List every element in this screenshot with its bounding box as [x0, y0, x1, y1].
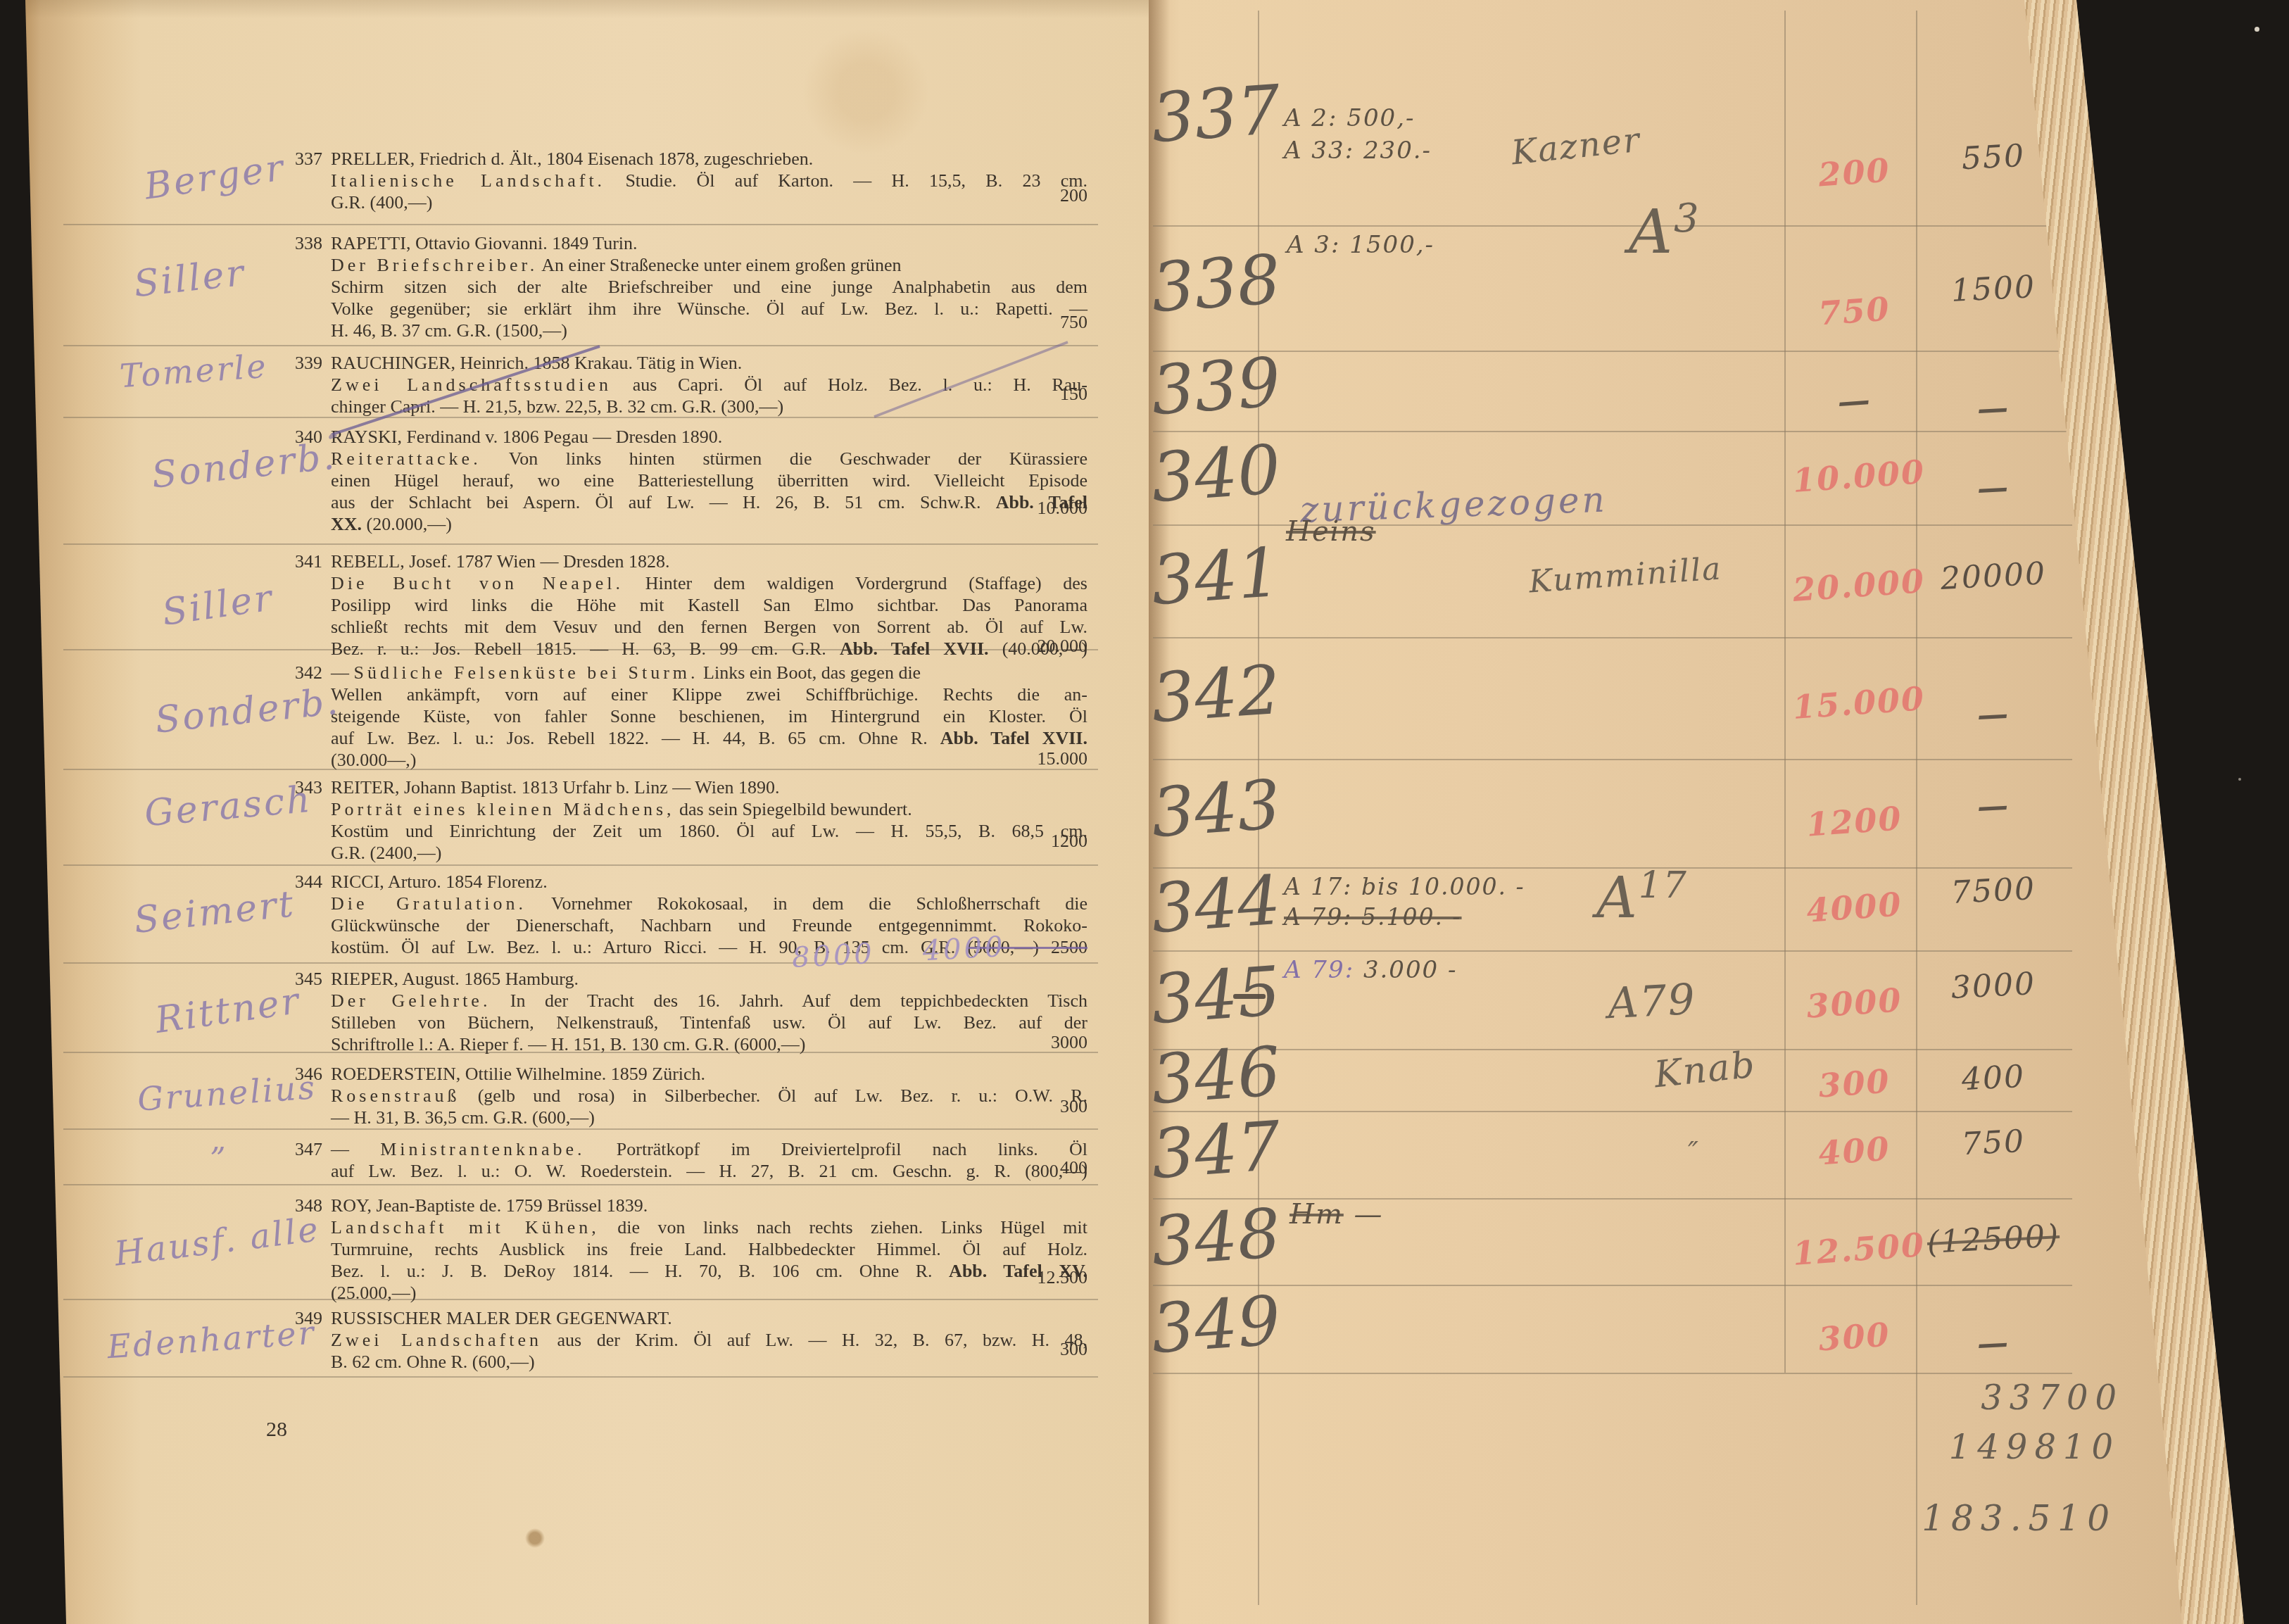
entry-line: chinger Capri. — H. 21,5, bzw. 22,5, B. …: [331, 396, 1087, 417]
entry-result: 1200: [1051, 830, 1087, 852]
grid-line: [1153, 1049, 2072, 1050]
text-segment: Hinter dem waldigen Vordergrund (Staffag…: [624, 573, 1087, 593]
text-segment: ROEDERSTEIN, Ottilie Wilhelmine. 1859 Zü…: [331, 1064, 705, 1084]
rule-line: [63, 864, 1098, 866]
catalog-entry: 337PRELLER, Friedrich d. Ält., 1804 Eise…: [331, 148, 1087, 213]
lot-number: 342: [1149, 652, 1263, 737]
lot-number: 337: [1149, 72, 1263, 157]
entry-number: 341: [266, 550, 322, 572]
text-segment: RIEPER, August. 1865 Hamburg.: [331, 969, 579, 989]
entry-line: Zwei Landschaften aus der Krim. Öl auf L…: [331, 1329, 1087, 1351]
text-segment: (gelb und rosa) in Silberbecher. Öl auf …: [460, 1085, 1087, 1106]
text-segment: Südliche Felsenküste bei Sturm.: [354, 662, 699, 683]
note-segment: A 17: bis 10.000. -: [1284, 873, 1525, 900]
margin-annotation: Tomerle: [118, 347, 269, 396]
entry-line: REBELL, Josef. 1787 Wien — Dresden 1828.: [331, 550, 1087, 572]
entry-number: 340: [266, 426, 322, 448]
text-segment: Die Gratulation.: [331, 893, 526, 914]
text-segment: Bez. l. u.: J. B. DeRoy 1814. — H. 70, B…: [331, 1261, 949, 1281]
text-segment: Porträt eines kleinen Mädchens,: [331, 799, 675, 819]
entry-line: Der Gelehrte. In der Tracht des 16. Jahr…: [331, 990, 1087, 1012]
text-segment: B. 62 cm. Ohne R. (600,—): [331, 1352, 535, 1372]
final-price: 3000: [1905, 963, 2082, 1008]
hammer-price-red: 10.000: [1791, 453, 1917, 500]
lot-number: 347: [1149, 1109, 1263, 1194]
entry-line: auf Lw. Bez. l. u.: O. W. Roederstein. —…: [331, 1160, 1087, 1182]
text-segment: chinger Capri. — H. 21,5, bzw. 22,5, B. …: [331, 396, 783, 417]
dash-mark: [1233, 994, 1266, 999]
entry-line: Die Bucht von Neapel. Hinter dem waldige…: [331, 572, 1087, 594]
entry-line: Italienische Landschaft. Studie. Öl auf …: [331, 170, 1087, 191]
text-segment: kostüm. Öl auf Lw. Bez. l. u.: Arturo Ri…: [331, 937, 967, 957]
entry-line: RAPETTI, Ottavio Giovanni. 1849 Turin.: [331, 232, 1087, 254]
entry-line: Der Briefschreiber. An einer Straßenecke…: [331, 254, 1087, 276]
entry-number: 342: [266, 662, 322, 684]
note-line: A 17: bis 10.000. -: [1284, 873, 1525, 900]
entry-line: Bez. r. u.: Jos. Rebell 1815. — H. 63, B…: [331, 638, 1087, 660]
grid-line: [1153, 1111, 2072, 1112]
strike-mark: [21, 0, 1149, 1624]
entry-number: 348: [266, 1195, 322, 1216]
margin-annotation: ”: [210, 1142, 228, 1178]
rule-line: [63, 1128, 1098, 1130]
text-segment: aus Capri. Öl auf Holz. Bez. l. u.: H. R…: [612, 374, 1087, 395]
entry-line: B. 62 cm. Ohne R. (600,—): [331, 1351, 1087, 1373]
final-price: —: [1905, 692, 2082, 737]
entry-line: RAUCHINGER, Heinrich. 1858 Krakau. Tätig…: [331, 352, 1087, 374]
entry-line: G.R. (400,—): [331, 191, 1087, 213]
text-segment: Landschaft mit Kühen,: [331, 1217, 600, 1238]
entry-number: 338: [266, 232, 322, 254]
entry-line: ROY, Jean-Baptiste de. 1759 Brüssel 1839…: [331, 1195, 1087, 1216]
text-segment: steigende Küste, von fahler Sonne beschi…: [331, 706, 1087, 726]
catalog-entry: 348ROY, Jean-Baptiste de. 1759 Brüssel 1…: [331, 1195, 1087, 1304]
hammer-price-red: —: [1791, 377, 1917, 424]
text-segment: schließt rechts mit dem Vesuv und den fe…: [331, 617, 1087, 637]
entry-line: Glückwünsche der Dienerschaft, Nachbarn …: [331, 914, 1087, 936]
note-segment: A 3: 1500,-: [1287, 231, 1434, 259]
entry-result: 300: [1060, 1095, 1087, 1117]
text-segment: RAPETTI, Ottavio Giovanni. 1849 Turin.: [331, 233, 638, 253]
entry-number: 347: [266, 1138, 322, 1160]
entry-line: Porträt eines kleinen Mädchens, das sein…: [331, 798, 1087, 820]
text-segment: Italienische Landschaft.: [331, 170, 605, 191]
text-segment: Der Briefschreiber.: [331, 255, 538, 275]
catalog-entry: 343REITER, Johann Baptist. 1813 Urfahr b…: [331, 776, 1087, 864]
entry-result: 3000: [1051, 1031, 1087, 1053]
buyer-name: A3: [1629, 196, 1701, 267]
entry-line: — Südliche Felsenküste bei Sturm. Links …: [331, 662, 1087, 684]
grid-line: [1784, 11, 1786, 1373]
entry-line: Reiterattacke. Von links hinten stürmen …: [331, 448, 1087, 470]
note-line: A 33: 230.-: [1284, 137, 1432, 165]
buyer-name: Knab: [1652, 1044, 1758, 1097]
text-segment: auf Lw. Bez. l. u.: Jos. Rebell 1822. — …: [331, 728, 940, 748]
note-segment: A 79: 5.100. -: [1284, 903, 1462, 931]
final-price: —: [1905, 386, 2082, 431]
struck-price: (12500): [1927, 1218, 2061, 1261]
grid-line: [1153, 759, 2072, 760]
entry-number: 345: [266, 968, 322, 990]
margin-annotation: Rittner: [153, 980, 303, 1042]
text-segment: Schirm sitzen sich der alte Briefschreib…: [331, 277, 1087, 297]
entry-line: Schirm sitzen sich der alte Briefschreib…: [331, 276, 1087, 298]
catalog-entry: 342— Südliche Felsenküste bei Sturm. Lin…: [331, 662, 1087, 771]
lot-number: 349: [1149, 1283, 1263, 1368]
buyer-name: ″: [1688, 1136, 1700, 1169]
entry-line: Landschaft mit Kühen, die von links nach…: [331, 1216, 1087, 1238]
note-line: A 3: 1500,-: [1287, 231, 1434, 259]
text-segment: Abb. Tafel XVII.: [940, 728, 1087, 748]
margin-annotation: Sonderb.: [153, 680, 342, 741]
book-scan: 337PRELLER, Friedrich d. Ält., 1804 Eise…: [0, 0, 2289, 1624]
text-segment: Studie. Öl auf Karton. — H. 15,5, B. 23 …: [605, 170, 1087, 191]
lot-number: 339: [1149, 345, 1263, 430]
text-segment: Abb. Tafel XVII.: [840, 638, 989, 659]
catalog-entry: 347— Ministrantenknabe. Porträtkopf im D…: [331, 1138, 1087, 1182]
lot-number: 343: [1149, 767, 1263, 852]
text-segment: RICCI, Arturo. 1854 Florenz.: [331, 871, 548, 892]
grid-line: [1153, 351, 2072, 352]
lot-number: 346: [1149, 1034, 1263, 1119]
entry-line: schließt rechts mit dem Vesuv und den fe…: [331, 616, 1087, 638]
buyer-name: Kumminilla: [1528, 550, 1723, 600]
entry-number: 343: [266, 776, 322, 798]
text-segment: RAUCHINGER, Heinrich. 1858 Krakau. Tätig…: [331, 353, 742, 373]
rule-line: [63, 1376, 1098, 1378]
note-line: A 79: 3.000 -: [1284, 956, 1458, 984]
grid-line: [1153, 1373, 2072, 1374]
buyer-name-base: A: [1596, 865, 1639, 931]
entry-line: Schriftrolle l.: A. Rieper f. — H. 151, …: [331, 1033, 1087, 1055]
note-segment: A 33: 230.-: [1284, 137, 1432, 165]
text-segment: Abb. Tafel: [996, 492, 1087, 512]
buyer-name-sup: 3: [1674, 196, 1701, 241]
entry-result: 300: [1060, 1338, 1087, 1360]
text-segment: REBELL, Josef. 1787 Wien — Dresden 1828.: [331, 551, 670, 572]
text-segment: einen Hügel herauf, wo eine Batteriestel…: [331, 470, 1087, 491]
entry-number: 346: [266, 1063, 322, 1085]
text-segment: Posilipp wird links die Höhe mit Kastell…: [331, 595, 1087, 615]
text-segment: Vornehmer Rokokosaal, in dem die Schloßh…: [526, 893, 1087, 914]
entry-line: Turmruine, rechts Ausblick ins freie Lan…: [331, 1238, 1087, 1260]
entry-line: G.R. (2400,—): [331, 842, 1087, 864]
text-segment: Porträtkopf im Dreiviertelprofil nach li…: [586, 1139, 1087, 1159]
buyer-name: A17: [1596, 864, 1688, 931]
dust-speck: [2255, 27, 2259, 32]
grid-line: [1153, 225, 2072, 227]
entry-result: 20.000: [1038, 635, 1088, 657]
text-segment: G.R. (400,—): [331, 192, 432, 213]
rule-line: [63, 1184, 1098, 1185]
sum-line: 33700: [1884, 1378, 2124, 1418]
text-segment: Schriftrolle l.: A. Rieper f. — H. 151, …: [331, 1034, 805, 1055]
text-segment: XX.: [331, 514, 362, 534]
text-segment: In der Tracht des 16. Jahrh. Auf dem tep…: [491, 990, 1087, 1011]
entry-line: Kostüm und Einrichtung der Zeit um 1860.…: [331, 820, 1087, 842]
entry-line: PRELLER, Friedrich d. Ält., 1804 Eisenac…: [331, 148, 1087, 170]
entry-result: 12.500: [1038, 1266, 1088, 1288]
text-segment: An einer Straßenecke unter einem großen …: [538, 255, 901, 275]
text-segment: (30.000—,): [331, 750, 416, 770]
entry-line: Zwei Landschaftsstudien aus Capri. Öl au…: [331, 374, 1087, 396]
catalog-entry: 346ROEDERSTEIN, Ottilie Wilhelmine. 1859…: [331, 1063, 1087, 1128]
entry-line: kostüm. Öl auf Lw. Bez. l. u.: Arturo Ri…: [331, 936, 1087, 958]
entry-line: Bez. l. u.: J. B. DeRoy 1814. — H. 70, B…: [331, 1260, 1087, 1282]
entry-line: auf Lw. Bez. l. u.: Jos. Rebell 1822. — …: [331, 727, 1087, 749]
text-segment: Der Gelehrte.: [331, 990, 491, 1011]
text-segment: —: [331, 662, 354, 683]
grid-line: [1153, 950, 2072, 952]
buyer-name-base: A: [1629, 197, 1674, 267]
rule-line: [63, 345, 1098, 346]
entry-result: 750: [1060, 311, 1087, 333]
note-segment: Heins: [1286, 515, 1376, 548]
note-line: Heins: [1286, 515, 1376, 548]
margin-annotation: Edenharter: [106, 1314, 317, 1366]
buyer-name: A79: [1606, 975, 1697, 1028]
rule-line: [63, 962, 1098, 964]
text-segment: Links ein Boot, das gegen die: [699, 662, 921, 683]
sum-line: 149810: [1881, 1428, 2120, 1467]
margin-annotation: Siller: [160, 577, 277, 634]
entry-result: 200: [1060, 184, 1087, 206]
text-segment: Reiterattacke.: [331, 448, 481, 469]
text-segment: — H. 31, B. 36,5 cm. G.R. (600,—): [331, 1107, 595, 1128]
entry-line: XX. (20.000,—): [331, 513, 1087, 535]
entry-result: 10.000: [1038, 497, 1088, 519]
catalog-entry: 344RICCI, Arturo. 1854 Florenz.Die Gratu…: [331, 871, 1087, 958]
entry-line: aus der Schlacht bei Aspern. Öl auf Lw. …: [331, 491, 1087, 513]
final-price: (12500): [1905, 1216, 2082, 1261]
final-price: 7500: [1905, 868, 2082, 913]
text-segment: RAYSKI, Ferdinand v. 1806 Pegau — Dresde…: [331, 427, 722, 447]
margin-annotation: Hausf. alle: [113, 1209, 322, 1273]
entry-line: steigende Küste, von fahler Sonne beschi…: [331, 705, 1087, 727]
entry-line: — H. 31, B. 36,5 cm. G.R. (600,—): [331, 1107, 1087, 1128]
text-segment: Ministrantenknabe.: [380, 1139, 585, 1159]
entry-line: Die Gratulation. Vornehmer Rokokosaal, i…: [331, 893, 1087, 914]
hammer-price-red: 4000: [1791, 884, 1917, 931]
entry-line: Stilleben von Büchern, Nelkenstrauß, Tin…: [331, 1012, 1087, 1033]
rule-line: [63, 417, 1098, 418]
hammer-price-red: 1200: [1791, 798, 1917, 845]
text-segment: das sein Spiegelbild bewundert.: [675, 799, 912, 819]
margin-annotation: Grunelius: [136, 1068, 317, 1119]
margin-annotation: Gerasch: [143, 779, 314, 836]
text-segment: Turmruine, rechts Ausblick ins freie Lan…: [331, 1239, 1087, 1259]
text-segment: Abb. Tafel XV.: [949, 1261, 1087, 1281]
entry-number: 337: [266, 148, 322, 170]
entry-line: (25.000,—): [331, 1282, 1087, 1304]
entry-number: 349: [266, 1307, 322, 1329]
entry-line: — Ministrantenknabe. Porträtkopf im Drei…: [331, 1138, 1087, 1160]
entry-result: 15.000: [1038, 748, 1088, 769]
hammer-price-red: 300: [1791, 1314, 1917, 1360]
hammer-price-red: 12.500: [1791, 1226, 1917, 1273]
entry-line: (30.000—,): [331, 749, 1087, 771]
note-line: Hm —: [1289, 1198, 1384, 1230]
entry-number: 339: [266, 352, 322, 374]
text-segment: Bez. r. u.: Jos. Rebell 1815. — H. 63, B…: [331, 638, 840, 659]
lot-number: 341: [1149, 535, 1263, 620]
buyer-name-sup: 17: [1639, 864, 1688, 907]
text-segment: Wellen ankämpft, vorn auf einer Klippe z…: [331, 684, 1087, 705]
note-segment: 3.000 -: [1354, 956, 1457, 984]
text-segment: (20.000,—): [362, 514, 452, 534]
text-segment: Zwei Landschaften: [331, 1330, 542, 1350]
grid-line: [1153, 431, 2072, 432]
text-segment: Glückwünsche der Dienerschaft, Nachbarn …: [331, 915, 1087, 936]
catalog-entry: 339RAUCHINGER, Heinrich. 1858 Krakau. Tä…: [331, 352, 1087, 417]
final-price: —: [1905, 1321, 2082, 1366]
margin-annotation: Berger: [142, 146, 288, 208]
text-segment: (40.000,—): [989, 638, 1087, 659]
text-segment: (25.000,—): [331, 1283, 416, 1303]
page-number: 28: [266, 1418, 287, 1442]
text-segment: (5000,—) 2500: [967, 937, 1087, 957]
entry-line: RAYSKI, Ferdinand v. 1806 Pegau — Dresde…: [331, 426, 1087, 448]
final-price: 400: [1905, 1055, 2082, 1100]
buyer-name: Kazner: [1510, 120, 1643, 173]
catalog-entry: 349RUSSISCHER MALER DER GEGENWART.Zwei L…: [331, 1307, 1087, 1373]
grid-line: [1153, 1285, 2072, 1286]
entry-line: RICCI, Arturo. 1854 Florenz.: [331, 871, 1087, 893]
text-segment: Zwei Landschaftsstudien: [331, 374, 612, 395]
lot-number: 340: [1149, 432, 1263, 517]
lot-number: 338: [1149, 242, 1263, 327]
margin-annotation: Siller: [132, 252, 248, 306]
entry-number: 344: [266, 871, 322, 893]
final-price: 750: [1905, 1120, 2082, 1165]
lot-number: 348: [1149, 1195, 1263, 1280]
text-segment: Kostüm und Einrichtung der Zeit um 1860.…: [331, 821, 1087, 841]
note-segment: A 79:: [1284, 956, 1354, 984]
margin-annotation: Seimert: [132, 883, 297, 942]
text-segment: RUSSISCHER MALER DER GEGENWART.: [331, 1308, 672, 1328]
entry-line: REITER, Johann Baptist. 1813 Urfahr b. L…: [331, 776, 1087, 798]
text-segment: Die Bucht von Neapel.: [331, 573, 624, 593]
note-line: A 2: 500,-: [1284, 104, 1415, 132]
note-segment: Hm: [1289, 1198, 1344, 1230]
entry-line: H. 46, B. 37 cm. G.R. (1500,—): [331, 320, 1087, 341]
rule-line: [63, 649, 1098, 650]
entry-line: einen Hügel herauf, wo eine Batteriestel…: [331, 470, 1087, 491]
catalog-entry: 345RIEPER, August. 1865 Hamburg.Der Gele…: [331, 968, 1087, 1055]
note-segment: A 2: 500,-: [1284, 104, 1415, 132]
text-segment: ROY, Jean-Baptiste de. 1759 Brüssel 1839…: [331, 1195, 648, 1216]
text-segment: Rosenstrauß: [331, 1085, 460, 1106]
hammer-price-red: 300: [1791, 1060, 1917, 1107]
left-page: 337PRELLER, Friedrich d. Ält., 1804 Eise…: [21, 0, 1149, 1624]
note-segment: —: [1344, 1198, 1384, 1230]
entry-line: ROEDERSTEIN, Ottilie Wilhelmine. 1859 Zü…: [331, 1063, 1087, 1085]
entry-line: Volke gegenüber; sie erklärt ihm ihre Wü…: [331, 298, 1087, 320]
text-segment: REITER, Johann Baptist. 1813 Urfahr b. L…: [331, 777, 780, 798]
handwritten-correction: 8000 4000: [791, 936, 1006, 969]
text-segment: PRELLER, Friedrich d. Ält., 1804 Eisenac…: [331, 149, 813, 169]
grid-line: [1153, 637, 2072, 638]
text-segment: G.R. (2400,—): [331, 843, 441, 863]
entry-result: 400: [1060, 1157, 1087, 1178]
text-segment: Von links hinten stürmen die Geschwader …: [481, 448, 1087, 469]
text-segment: auf Lw. Bez. l. u.: O. W. Roederstein. —…: [331, 1161, 1087, 1181]
text-segment: Volke gegenüber; sie erklärt ihm ihre Wü…: [331, 298, 1087, 319]
entry-line: Wellen ankämpft, vorn auf einer Klippe z…: [331, 684, 1087, 705]
rule-line: [63, 1299, 1098, 1300]
final-price: 20000: [1905, 553, 2082, 598]
entry-result: 150: [1060, 383, 1087, 405]
catalog-entry: 341REBELL, Josef. 1787 Wien — Dresden 18…: [331, 550, 1087, 660]
text-segment: H. 46, B. 37 cm. G.R. (1500,—): [331, 320, 567, 341]
entry-line: RIEPER, August. 1865 Hamburg.: [331, 968, 1087, 990]
text-segment: aus der Krim. Öl auf Lw. — H. 32, B. 67,…: [542, 1330, 1087, 1350]
right-page: 337A 2: 500,-A 33: 230.-Kazner200550338A…: [1149, 0, 2289, 1624]
catalog-entry: 340RAYSKI, Ferdinand v. 1806 Pegau — Dre…: [331, 426, 1087, 535]
rule-line: [63, 1052, 1098, 1053]
text-segment: die von links nach rechts ziehen. Links …: [600, 1217, 1087, 1238]
hammer-price-red: 3000: [1791, 980, 1917, 1026]
hammer-price-red: 20.000: [1791, 562, 1917, 609]
margin-annotation: Sonderb.: [150, 435, 339, 496]
rule-line: [63, 224, 1098, 225]
hammer-price-red: 400: [1791, 1128, 1917, 1174]
sum-line: 183.510: [1877, 1498, 2117, 1539]
entry-line: Posilipp wird links die Höhe mit Kastell…: [331, 594, 1087, 616]
final-price: —: [1905, 783, 2082, 829]
rule-line: [63, 543, 1098, 545]
rule-line: [63, 769, 1098, 770]
entry-line: Rosenstrauß (gelb und rosa) in Silberbec…: [331, 1085, 1087, 1107]
catalog-entry: 338RAPETTI, Ottavio Giovanni. 1849 Turin…: [331, 232, 1087, 341]
text-segment: Stilleben von Büchern, Nelkenstrauß, Tin…: [331, 1012, 1087, 1033]
hammer-price-red: 15.000: [1791, 680, 1917, 726]
entry-line: RUSSISCHER MALER DER GEGENWART.: [331, 1307, 1087, 1329]
hammer-price-red: 750: [1791, 288, 1917, 334]
final-price: —: [1905, 465, 2082, 510]
text-segment: —: [331, 1139, 380, 1159]
text-segment: aus der Schlacht bei Aspern. Öl auf Lw. …: [331, 492, 996, 512]
dust-speck: [2238, 778, 2241, 781]
note-line: A 79: 5.100. -: [1284, 903, 1462, 931]
hammer-price-red: 200: [1791, 149, 1917, 196]
lot-number: 344: [1149, 863, 1263, 948]
